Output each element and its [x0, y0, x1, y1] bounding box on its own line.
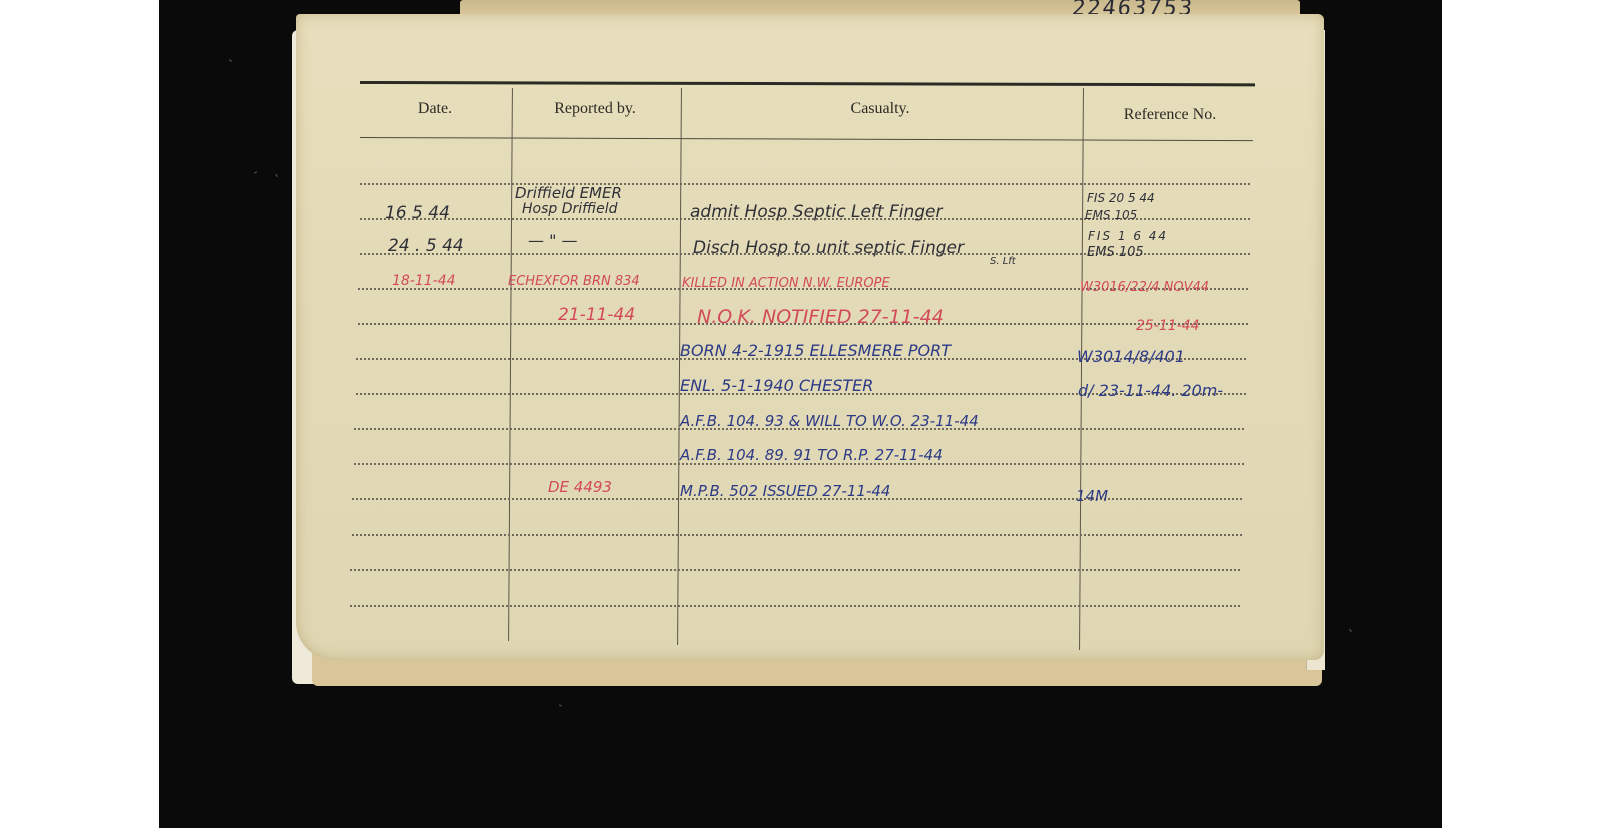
row-rule: [350, 605, 1240, 607]
row-4-reference: 25-11-44: [1136, 318, 1200, 334]
row-2-casualty-note: S. Lft: [990, 256, 1016, 267]
row-rule: [360, 183, 1250, 185]
row-6-casualty: ENL. 5-1-1940 CHESTER: [680, 376, 873, 395]
row-1-reported-by-line1: Driffield EMER: [515, 184, 622, 202]
row-8-casualty: A.F.B. 104. 89. 91 TO R.P. 27-11-44: [680, 446, 943, 464]
row-4-casualty: N.O.K. NOTIFIED 27-11-44: [697, 306, 944, 328]
dust-speck: [1349, 629, 1352, 632]
row-1-reference-line2: EMS 105: [1085, 208, 1137, 222]
column-header-reported-by: Reported by.: [510, 100, 680, 118]
dust-speck: [229, 59, 232, 62]
row-2-reference-line2: EMS 105: [1087, 245, 1144, 260]
row-9-casualty: M.P.B. 502 ISSUED 27-11-44: [680, 482, 890, 500]
column-header-reference: Reference No.: [1080, 106, 1260, 124]
dust-speck: [254, 171, 257, 173]
row-9-reference: 14M: [1076, 487, 1108, 505]
row-5-reference: W3014/8/401: [1077, 347, 1185, 366]
row-2-reference-line1: FIS 1 6 44: [1088, 229, 1168, 243]
row-1-date: 16 5 44: [385, 203, 450, 223]
row-1-reference-line1: FIS 20 5 44: [1087, 191, 1155, 205]
row-6-reference: d/ 23-11-44. 20m-: [1078, 381, 1223, 400]
row-rule: [352, 534, 1242, 536]
row-rule: [350, 569, 1240, 571]
row-7-casualty: A.F.B. 104. 93 & WILL TO W.O. 23-11-44: [680, 412, 979, 430]
row-3-casualty: KILLED IN ACTION N.W. EUROPE: [682, 276, 890, 291]
dust-speck: [275, 174, 277, 177]
row-1-reported-by-line2: Hosp Driffield: [522, 201, 618, 217]
row-9-reported-by: DE 4493: [548, 478, 612, 496]
row-2-reported-by-ditto: — " —: [528, 231, 578, 250]
row-2-date: 24 . 5 44: [388, 236, 464, 256]
row-1-casualty: admit Hosp Septic Left Finger: [690, 202, 942, 222]
column-header-date: Date.: [360, 100, 510, 118]
row-3-reference: W3016/22/4 NOV44: [1080, 280, 1209, 295]
column-header-casualty: Casualty.: [680, 100, 1080, 118]
dust-speck: [559, 704, 562, 706]
row-2-casualty: Disch Hosp to unit septic Finger: [693, 238, 964, 258]
row-3-reported-by: ECHEXFOR BRN 834: [508, 274, 640, 289]
row-3-date: 18-11-44: [392, 273, 456, 289]
row-4-reported-by: 21-11-44: [558, 305, 635, 325]
row-5-casualty: BORN 4-2-1915 ELLESMERE PORT: [680, 341, 951, 360]
